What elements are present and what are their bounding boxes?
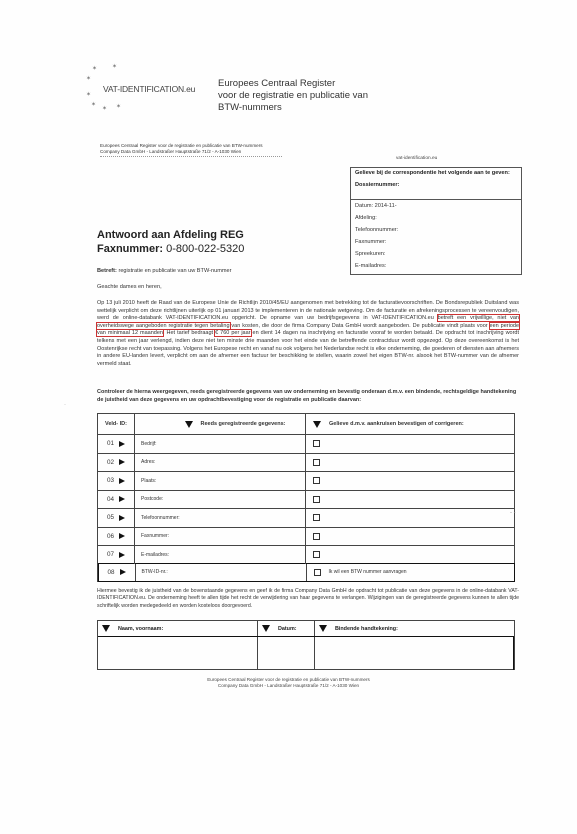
table-row: 01 Bedrijf: xyxy=(98,434,514,453)
triangle-right-icon xyxy=(119,496,125,502)
confirm-checkbox[interactable] xyxy=(313,440,320,447)
reference-field-phone: Telefoonnummer: xyxy=(351,224,521,236)
request-vat-number-label: Ik wil een BTW nummer aanvragen xyxy=(329,569,407,575)
register-title-line: BTW-nummers xyxy=(218,102,368,114)
table-row: 05 Telefoonnummer: xyxy=(98,508,514,527)
letter-subject: Betreft: registratie en publicatie van u… xyxy=(97,268,232,274)
date-header: Datum: xyxy=(258,621,315,636)
signature-field[interactable] xyxy=(315,637,514,670)
request-vat-number-checkbox[interactable] xyxy=(314,569,321,576)
triangle-right-icon xyxy=(119,533,125,539)
triangle-down-icon xyxy=(102,625,110,632)
field-label: Adres: xyxy=(135,454,306,472)
triangle-right-icon xyxy=(119,515,125,521)
field-label: Bedrijf: xyxy=(135,435,306,453)
letter-salutation: Geachte dames en heren, xyxy=(97,284,162,290)
table-row: 07 E-mailadres: xyxy=(98,545,514,564)
column-header-id: Veld- ID: xyxy=(98,414,135,434)
footer-line: Company Data GmbH - Landstraßer Hauptstr… xyxy=(0,683,577,689)
page-footer: Europees Centraal Register voor de regis… xyxy=(0,677,577,689)
triangle-down-icon xyxy=(185,421,193,428)
triangle-right-icon xyxy=(119,552,125,558)
reply-fax-number: Faxnummer: 0-800-022-5320 xyxy=(97,242,244,256)
reply-title: Antwoord aan Afdeling REG xyxy=(97,228,244,242)
signature-header-row: Naam, voornaam: Datum: Bindende handteke… xyxy=(98,621,514,637)
instruction-text: Controleer de hierna weergegeven, reeds … xyxy=(97,389,519,404)
field-label: BTW-ID-nr.: xyxy=(136,564,307,581)
triangle-down-icon xyxy=(313,421,321,428)
triangle-right-icon xyxy=(120,569,126,575)
register-title: Europees Centraal Register voor de regis… xyxy=(218,78,368,114)
field-label: Faxnummer: xyxy=(135,528,306,546)
register-title-line: voor de registratie en publicatie van xyxy=(218,90,368,102)
confirm-checkbox[interactable] xyxy=(313,514,320,521)
reference-heading-text: Gelieve bij de correspondentie het volge… xyxy=(355,170,510,176)
triangle-down-icon xyxy=(319,625,327,632)
reference-field-email: E-mailadres: xyxy=(351,260,521,272)
table-row: 03 Plaats: xyxy=(98,471,514,490)
vat-identification-logo: ✶ ✶ ✶ ✶ ✶ ✶ ✶ VAT-IDENTIFICATION.eu xyxy=(86,64,216,114)
name-header: Naam, voornaam: xyxy=(98,621,258,636)
confirm-checkbox[interactable] xyxy=(313,477,320,484)
confirm-checkbox[interactable] xyxy=(313,496,320,503)
fax-number: 0-800-022-5320 xyxy=(166,243,244,255)
triangle-right-icon xyxy=(119,459,125,465)
register-title-line: Europees Centraal Register xyxy=(218,78,368,90)
triangle-down-icon xyxy=(262,625,270,632)
sender-address-line: Company Data GmbH - Landstraßer Hauptstr… xyxy=(100,149,263,155)
table-row: 02 Adres: xyxy=(98,453,514,472)
scan-speck: · xyxy=(64,402,66,408)
field-label: Postcode: xyxy=(135,491,306,509)
signature-body-row xyxy=(98,637,514,670)
column-header-confirm: Gelieve d.m.v. aankruisen bevestigen of … xyxy=(306,414,514,434)
signature-table: Naam, voornaam: Datum: Bindende handteke… xyxy=(97,620,515,670)
field-label: E-mailadres: xyxy=(135,546,306,564)
triangle-right-icon xyxy=(119,478,125,484)
confirmation-text: Hiermee bevestig ik de juistheid van de … xyxy=(97,588,519,610)
reference-field-department: Afdeling: xyxy=(351,212,521,224)
confirm-checkbox[interactable] xyxy=(313,551,320,558)
sender-address: Europees Centraal Register voor de regis… xyxy=(100,143,263,155)
reference-field-date: Datum: 2014-11- xyxy=(351,200,521,212)
table-header-row: Veld- ID: Reeds geregistreerde gegevens:… xyxy=(98,414,514,434)
reference-field-fax: Faxnummer: xyxy=(351,236,521,248)
reference-field-hours: Spreekuren: xyxy=(351,248,521,260)
triangle-right-icon xyxy=(119,441,125,447)
website-url: vat-identification.eu xyxy=(396,156,437,161)
date-field[interactable] xyxy=(258,637,315,670)
fax-document-page: ✶ ✶ ✶ ✶ ✶ ✶ ✶ VAT-IDENTIFICATION.eu Euro… xyxy=(0,0,577,834)
scan-speck: - - xyxy=(510,510,516,516)
fax-label: Faxnummer: xyxy=(97,243,163,255)
confirm-checkbox[interactable] xyxy=(313,459,320,466)
field-label: Telefoonnummer: xyxy=(135,509,306,527)
signature-header: Bindende handtekening: xyxy=(315,621,514,636)
highlight-annual-fee: € 760 per jaar xyxy=(215,330,250,336)
table-row: 04 Postcode: xyxy=(98,490,514,509)
column-header-registered: Reeds geregistreerde gegevens: xyxy=(135,414,306,434)
header-divider xyxy=(100,156,282,157)
reference-box-heading: Gelieve bij de correspondentie het volge… xyxy=(351,168,521,200)
brand-name: VAT-IDENTIFICATION.eu xyxy=(103,84,195,94)
company-data-table: Veld- ID: Reeds geregistreerde gegevens:… xyxy=(97,413,515,582)
confirm-checkbox[interactable] xyxy=(313,533,320,540)
letter-body: Op 13 juli 2010 heeft de Raad van de Eur… xyxy=(97,300,519,368)
table-row: 08 BTW-ID-nr.: Ik wil een BTW nummer aan… xyxy=(98,563,515,582)
dossier-number-label: Dossiernummer: xyxy=(355,182,517,189)
field-label: Plaats: xyxy=(135,472,306,490)
table-row: 06 Faxnummer: xyxy=(98,527,514,546)
reference-box: Gelieve bij de correspondentie het volge… xyxy=(350,167,522,275)
name-field[interactable] xyxy=(98,637,258,670)
